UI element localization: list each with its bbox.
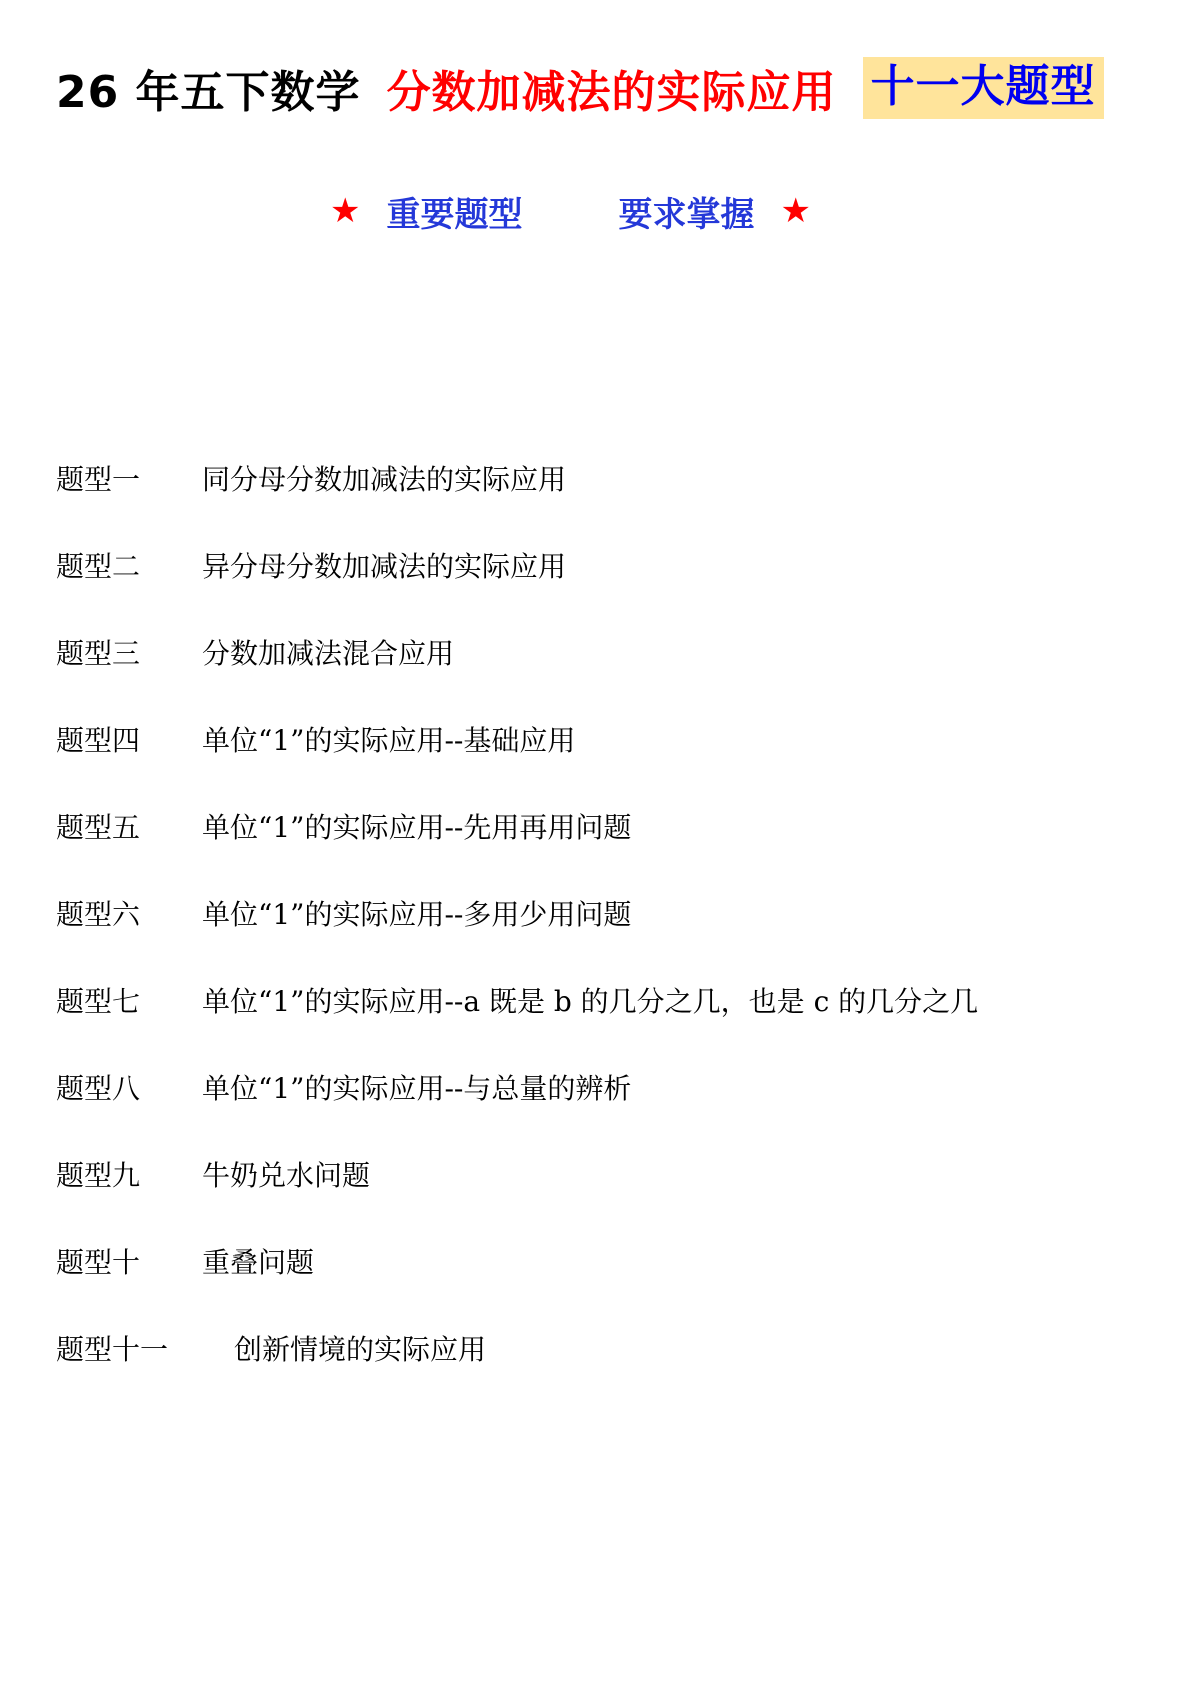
topic-text: 牛奶兑水问题 <box>202 1154 370 1194</box>
topic-item: 题型六 单位“1”的实际应用--多用少用问题 <box>56 893 631 933</box>
topic-item: 题型三 分数加减法混合应用 <box>56 632 454 672</box>
topic-label: 题型一 <box>56 458 202 498</box>
title-highlight: 十一大题型 <box>863 57 1104 119</box>
topic-label: 题型十 <box>56 1241 202 1281</box>
star-icon: ★ <box>330 191 360 231</box>
topic-item: 题型五 单位“1”的实际应用--先用再用问题 <box>56 806 631 846</box>
topic-text: 同分母分数加减法的实际应用 <box>202 458 566 498</box>
topic-item: 题型十一 创新情境的实际应用 <box>56 1328 486 1368</box>
topic-label: 题型十一 <box>56 1328 234 1368</box>
topic-label: 题型二 <box>56 545 202 585</box>
topic-label: 题型七 <box>56 980 202 1020</box>
topic-text: 单位“1”的实际应用--与总量的辨析 <box>202 1067 631 1107</box>
topic-label: 题型五 <box>56 806 202 846</box>
topic-text: 单位“1”的实际应用--先用再用问题 <box>202 806 631 846</box>
topic-item: 题型七 单位“1”的实际应用--a 既是 b 的几分之几，也是 c 的几分之几 <box>56 980 978 1020</box>
topic-label: 题型八 <box>56 1067 202 1107</box>
title-prefix: 26 年五下数学 <box>56 56 361 120</box>
topic-label: 题型四 <box>56 719 202 759</box>
topic-text: 单位“1”的实际应用--多用少用问题 <box>202 893 631 933</box>
topic-item: 题型一 同分母分数加减法的实际应用 <box>56 458 566 498</box>
topic-text: 异分母分数加减法的实际应用 <box>202 545 566 585</box>
topic-item: 题型九 牛奶兑水问题 <box>56 1154 370 1194</box>
document-title: 26 年五下数学 分数加减法的实际应用 十一大题型 <box>56 56 1104 120</box>
subtitle-important: 重要题型 <box>386 187 522 236</box>
topic-item: 题型十 重叠问题 <box>56 1241 314 1281</box>
topic-item: 题型四 单位“1”的实际应用--基础应用 <box>56 719 575 759</box>
topic-label: 题型九 <box>56 1154 202 1194</box>
subtitle: ★ 重要题型 要求掌握 ★ <box>330 186 811 236</box>
subtitle-master: 要求掌握 <box>618 187 754 236</box>
topic-text: 分数加减法混合应用 <box>202 632 454 672</box>
topic-item: 题型八 单位“1”的实际应用--与总量的辨析 <box>56 1067 631 1107</box>
topic-label: 题型六 <box>56 893 202 933</box>
title-main: 分数加减法的实际应用 <box>387 56 837 120</box>
topic-text: 单位“1”的实际应用--a 既是 b 的几分之几，也是 c 的几分之几 <box>202 980 978 1020</box>
topic-label: 题型三 <box>56 632 202 672</box>
topic-text: 单位“1”的实际应用--基础应用 <box>202 719 575 759</box>
star-icon: ★ <box>780 191 810 231</box>
topic-text: 重叠问题 <box>202 1241 314 1281</box>
topic-text: 创新情境的实际应用 <box>234 1328 486 1368</box>
topic-item: 题型二 异分母分数加减法的实际应用 <box>56 545 566 585</box>
